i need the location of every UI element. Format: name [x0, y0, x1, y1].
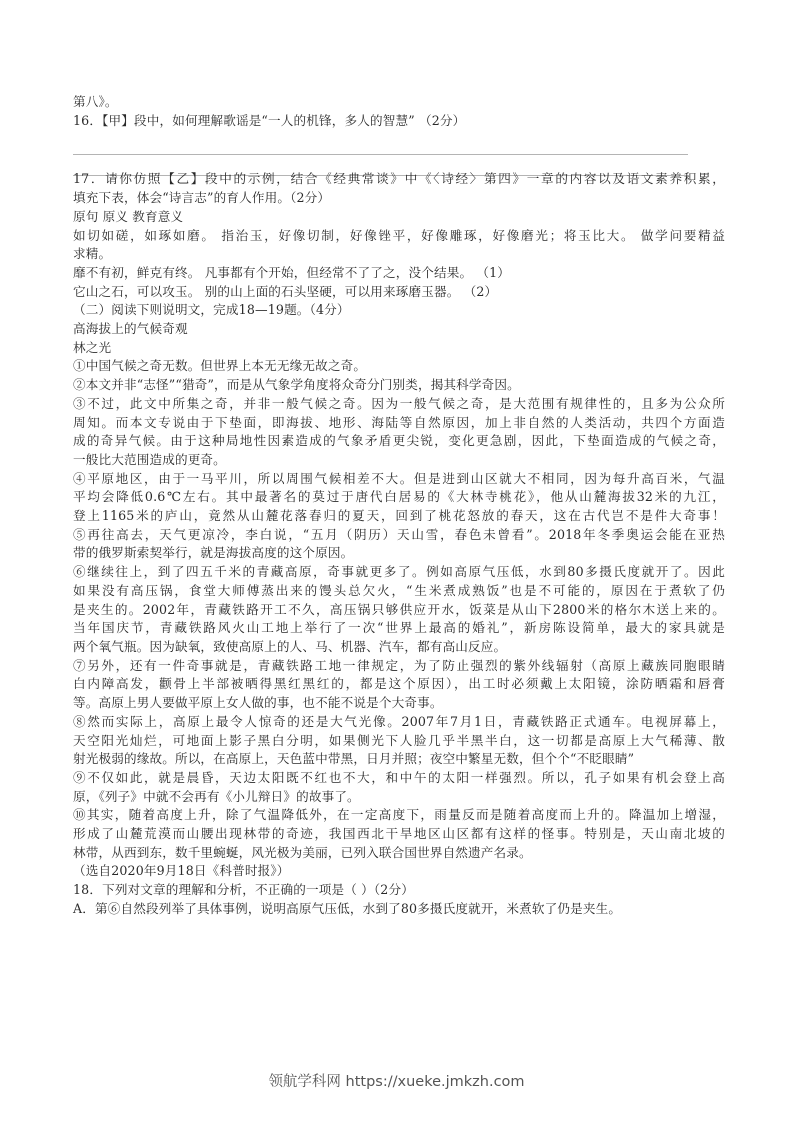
- paragraph-10: 形成了山麓荒漠而山腰出现林带的奇迹，我国西北干旱地区山区都有这样的怪事。特别是，…: [73, 825, 725, 844]
- table-header: 原句 原义 教育意义: [73, 208, 725, 227]
- paragraph-5: 带的俄罗斯索契举行，就是海拔高度的这个原因。: [73, 544, 725, 563]
- article-author: 林之光: [73, 339, 725, 358]
- paragraph-3: 成的奇异气候。由于这种局地性因素造成的气象矛盾更尖锐，变化更急剧，因此，下垫面造…: [73, 432, 725, 451]
- paragraph-4: 登上1165米的庐山，竟然从山麓花落春归的夏天，回到了桃花怒放的春天，这在古代岂…: [73, 507, 725, 526]
- paragraph-4: ④平原地区，由于一马平川，所以周围气候相差不大。但是进到山区就大不相同，因为每升…: [73, 470, 725, 489]
- paragraph-6: 两个氧气瓶。因为缺氧，致使高原上的人、马、机器、汽车，都有高山反应。: [73, 638, 725, 657]
- text-line: 第八》。: [73, 93, 725, 112]
- paragraph-2: ②本文并非“志怪”“猎奇”，而是从气象学角度将众奇分门别类，揭其科学奇因。: [73, 376, 725, 395]
- paragraph-9: ⑨不仅如此，就是晨昏，天边太阳既不红也不大，和中午的太阳一样强烈。所以，孔子如果…: [73, 769, 725, 788]
- document-page: 第八》。 16．【甲】段中，如何理解歌谣是“一人的机锋，多人的智慧” （2分） …: [73, 93, 725, 919]
- option-a: A．第⑥自然段列举了具体事例，说明高原气压低，水到了80多摄氏度就开，米煮软了仍…: [73, 900, 725, 919]
- paragraph-6: 如果没有高压锅，食堂大师傅蒸出来的馒头总欠火，“生米煮成熟饭”也是不可能的，原因…: [73, 582, 725, 601]
- text-line: 填充下表，体会“诗言志”的育人作用。（2分）: [73, 189, 725, 208]
- paragraph-3: 周知。而本文专说由于下垫面，即海拔、地形、海陆等自然原因，加上非自然的人类活动，…: [73, 414, 725, 433]
- question-18: 18．下列对文章的理解和分析，不正确的一项是（ ）（2分）: [73, 881, 725, 900]
- section-heading: （二）阅读下则说明文，完成18—19题。（4分）: [73, 301, 725, 320]
- paragraph-6: 当年国庆节，青藏铁路风火山工地上举行了一次“世界上最高的婚礼”，新房陈设简单，最…: [73, 619, 725, 638]
- paragraph-7: 白内障高发，颧骨上半部被晒得黑红黑红的，都是这个原因），出工时必须戴上太阳镜，涂…: [73, 675, 725, 694]
- paragraph-3: 一般比大范围造成的更奇。: [73, 451, 725, 470]
- table-row-cont: 求精。: [73, 245, 725, 264]
- paragraph-8: 射光极弱的缘故。所以，在高原上，天色蓝中带黑，日月并照；夜空中繁星无数，但个个“…: [73, 750, 725, 769]
- question-17: 17．请你仿照【乙】段中的示例，结合《经典常谈》中《〈诗经〉第四》一章的内容以及…: [73, 170, 725, 189]
- paragraph-7: 等。高原上男人要做平原上女人做的事，也不能不说是个大奇事。: [73, 694, 725, 713]
- paragraph-3: ③不过，此文中所集之奇，并非一般气候之奇。因为一般气候之奇，是大范围有规律性的，…: [73, 395, 725, 414]
- paragraph-6: ⑥继续往上，到了四五千米的青藏高原，奇事就更多了。例如高原气压低，水到80多摄氏…: [73, 563, 725, 582]
- paragraph-9: 原，《列子》中就不会再有《小儿辩日》的故事了。: [73, 788, 725, 807]
- paragraph-8: ⑧然而实际上，高原上最令人惊奇的还是大气光像。2007年7月1日，青藏铁路正式通…: [73, 713, 725, 732]
- article-title: 高海拔上的气候奇观: [73, 320, 725, 339]
- paragraph-10: ⑩其实，随着高度上升，除了气温降低外，在一定高度下，雨量反而是随着高度而上升的。…: [73, 806, 725, 825]
- paragraph-5: ⑤再往高去，天气更凉冷，李白说，“五月（阴历）天山雪，春色未曾看”。2018年冬…: [73, 526, 725, 545]
- table-row: 靡不有初，鲜克有终。 凡事都有个开始，但经常不了了之，没个结果。 （1）: [73, 264, 725, 283]
- footer-watermark: 领航学科网 https://xueke.jmkzh.com: [0, 1070, 793, 1091]
- paragraph-6: 是夹生的。2002年，青藏铁路开工不久，高压锅只够供应开水，饭菜是从山下2800…: [73, 601, 725, 620]
- source-citation: （选自2020年9月18日《科普时报》）: [73, 862, 725, 881]
- table-row: 它山之石，可以攻玉。 别的山上面的石头坚硬，可以用来琢磨玉器。 （2）: [73, 283, 725, 302]
- paragraph-7: ⑦另外，还有一件奇事就是，青藏铁路工地一律规定，为了防止强烈的紫外线辐射（高原上…: [73, 657, 725, 676]
- question-16: 16．【甲】段中，如何理解歌谣是“一人的机锋，多人的智慧” （2分）: [73, 112, 725, 131]
- answer-space: [73, 130, 725, 170]
- paragraph-10: 林带，从西到东，数千里蜿蜒，风光极为美丽，已列入联合国世界自然遗产名录。: [73, 844, 725, 863]
- paragraph-1: ①中国气候之奇无数。但世界上本无无缘无故之奇。: [73, 357, 725, 376]
- paragraph-4: 平均会降低0.6℃左右。其中最著名的莫过于唐代白居易的《大林寺桃花》，他从山麓海…: [73, 488, 725, 507]
- table-row: 如切如磋，如琢如磨。 指治玉，好像切制，好像锉平，好像雕琢，好像磨光；将玉比大。…: [73, 227, 725, 246]
- paragraph-8: 天空阳光灿烂，可地面上影子黑白分明，如果侧光下人脸几乎半黑半白，这一切都是高原上…: [73, 732, 725, 751]
